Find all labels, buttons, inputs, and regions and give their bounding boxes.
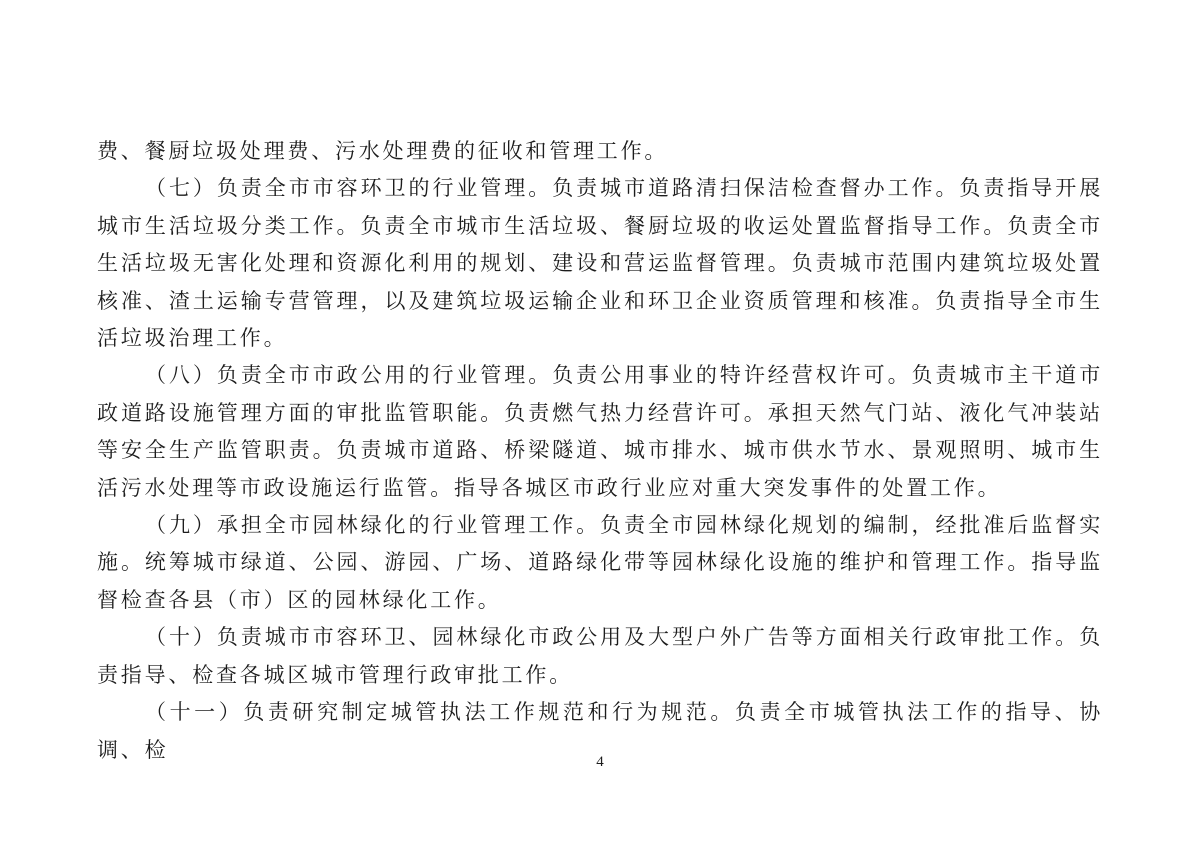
page-number: 4 bbox=[596, 754, 604, 770]
page-footer: 4 bbox=[0, 753, 1200, 771]
paragraph: 费、餐厨垃圾处理费、污水处理费的征收和管理工作。 bbox=[97, 133, 1103, 170]
document-body: 费、餐厨垃圾处理费、污水处理费的征收和管理工作。（七）负责全市市容环卫的行业管理… bbox=[97, 133, 1103, 769]
paragraph: （七）负责全市市容环卫的行业管理。负责城市道路清扫保洁检查督办工作。负责指导开展… bbox=[97, 170, 1103, 357]
paragraph: （八）负责全市市政公用的行业管理。负责公用事业的特许经营权许可。负责城市主干道市… bbox=[97, 357, 1103, 507]
paragraph: （十）负责城市市容环卫、园林绿化市政公用及大型户外广告等方面相关行政审批工作。负… bbox=[97, 619, 1103, 694]
document-page: 费、餐厨垃圾处理费、污水处理费的征收和管理工作。（七）负责全市市容环卫的行业管理… bbox=[0, 0, 1200, 848]
paragraph: （九）承担全市园林绿化的行业管理工作。负责全市园林绿化规划的编制，经批准后监督实… bbox=[97, 507, 1103, 619]
